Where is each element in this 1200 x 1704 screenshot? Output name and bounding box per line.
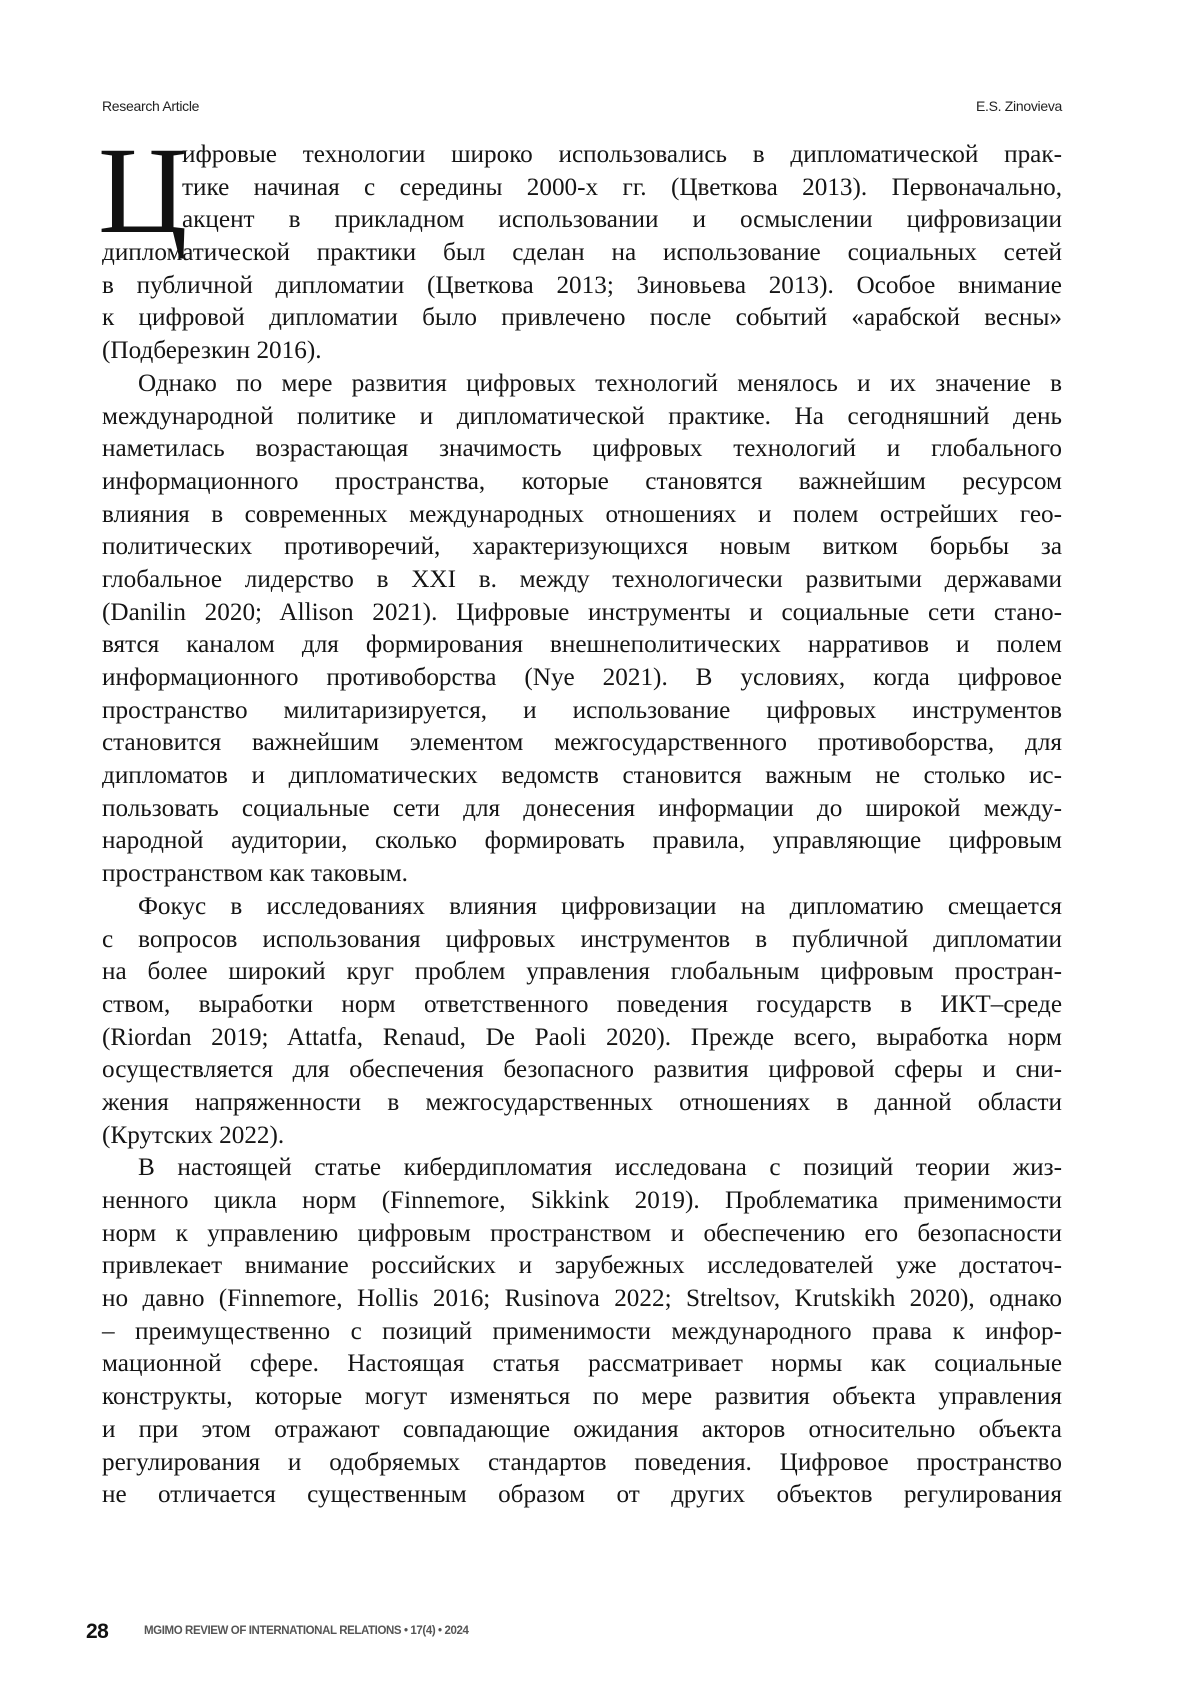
running-header: Research Article E.S. Zinovieva bbox=[102, 98, 1062, 118]
text-line: (Danilin 2020; Allison 2021). Цифровые и… bbox=[102, 597, 1062, 630]
text-line: но давно (Finnemore, Hollis 2016; Rusino… bbox=[102, 1283, 1062, 1316]
drop-cap: Ц bbox=[98, 141, 188, 241]
author-name: E.S. Zinovieva bbox=[976, 98, 1062, 114]
text-line: осуществляется для обеспечения безопасно… bbox=[102, 1054, 1062, 1087]
text-line: Однако по мере развития цифровых техноло… bbox=[102, 368, 1062, 401]
text-line: не отличается существенным образом от др… bbox=[102, 1479, 1062, 1512]
text-line: ненного цикла норм (Finnemore, Sikkink 2… bbox=[102, 1185, 1062, 1218]
text-line: (Подберезкин 2016). bbox=[102, 335, 1062, 368]
text-line: В настоящей статье кибердипломатия иссле… bbox=[102, 1152, 1062, 1185]
text-line: пространством как таковым. bbox=[102, 858, 1062, 891]
text-line: информационного пространства, которые ст… bbox=[102, 466, 1062, 499]
text-line: ифровые технологии широко использовались… bbox=[102, 139, 1062, 172]
text-line: на более широкий круг проблем управления… bbox=[102, 956, 1062, 989]
text-line: политических противоречий, характеризующ… bbox=[102, 531, 1062, 564]
text-line: (Крутских 2022). bbox=[102, 1120, 1062, 1153]
page-number: 28 bbox=[86, 1620, 108, 1644]
text-line: (Riordan 2019; Attatfa, Renaud, De Paoli… bbox=[102, 1022, 1062, 1055]
text-line: международной политике и дипломатической… bbox=[102, 401, 1062, 434]
text-line: к цифровой дипломатии было привлечено по… bbox=[102, 302, 1062, 335]
text-line: дипломатической практики был сделан на и… bbox=[102, 237, 1062, 270]
article-body: Ц ифровые технологии широко использовали… bbox=[102, 139, 1062, 1512]
text-line: привлекает внимание российских и зарубеж… bbox=[102, 1250, 1062, 1283]
text-line: конструкты, которые могут изменяться по … bbox=[102, 1381, 1062, 1414]
text-line: вятся каналом для формирования внешнепол… bbox=[102, 629, 1062, 662]
paragraph-4: В настоящей статье кибердипломатия иссле… bbox=[102, 1152, 1062, 1512]
section-label: Research Article bbox=[102, 98, 199, 114]
text-line: дипломатов и дипломатических ведомств ст… bbox=[102, 760, 1062, 793]
text-line: с вопросов использования цифровых инстру… bbox=[102, 924, 1062, 957]
text-line: акцент в прикладном использовании и осмы… bbox=[102, 204, 1062, 237]
text-line: наметилась возрастающая значимость цифро… bbox=[102, 433, 1062, 466]
text-line: ством, выработки норм ответственного пов… bbox=[102, 989, 1062, 1022]
paragraph-3: Фокус в исследованиях влияния цифровизац… bbox=[102, 891, 1062, 1153]
text-line: в публичной дипломатии (Цветкова 2013; З… bbox=[102, 270, 1062, 303]
paragraph-2: Однако по мере развития цифровых техноло… bbox=[102, 368, 1062, 891]
text-line: – преимущественно с позиций применимости… bbox=[102, 1316, 1062, 1349]
text-line: глобальное лидерство в XXI в. между техн… bbox=[102, 564, 1062, 597]
text-line: пользовать социальные сети для донесения… bbox=[102, 793, 1062, 826]
text-line: становится важнейшим элементом межгосуда… bbox=[102, 727, 1062, 760]
paragraph-1: ифровые технологии широко использовались… bbox=[102, 139, 1062, 368]
text-line: и при этом отражают совпадающие ожидания… bbox=[102, 1414, 1062, 1447]
text-line: жения напряженности в межгосударственных… bbox=[102, 1087, 1062, 1120]
text-line: влияния в современных международных отно… bbox=[102, 499, 1062, 532]
journal-citation: MGIMO REVIEW OF INTERNATIONAL RELATIONS … bbox=[144, 1625, 468, 1637]
text-line: мационной сфере. Настоящая статья рассма… bbox=[102, 1348, 1062, 1381]
text-line: пространство милитаризируется, и использ… bbox=[102, 695, 1062, 728]
text-line: информационного противоборства (Nye 2021… bbox=[102, 662, 1062, 695]
text-line: тике начиная с середины 2000-х гг. (Цвет… bbox=[102, 172, 1062, 205]
text-line: регулирования и одобряемых стандартов по… bbox=[102, 1447, 1062, 1480]
text-line: народной аудитории, сколько формировать … bbox=[102, 825, 1062, 858]
text-line: Фокус в исследованиях влияния цифровизац… bbox=[102, 891, 1062, 924]
text-line: норм к управлению цифровым пространством… bbox=[102, 1218, 1062, 1251]
